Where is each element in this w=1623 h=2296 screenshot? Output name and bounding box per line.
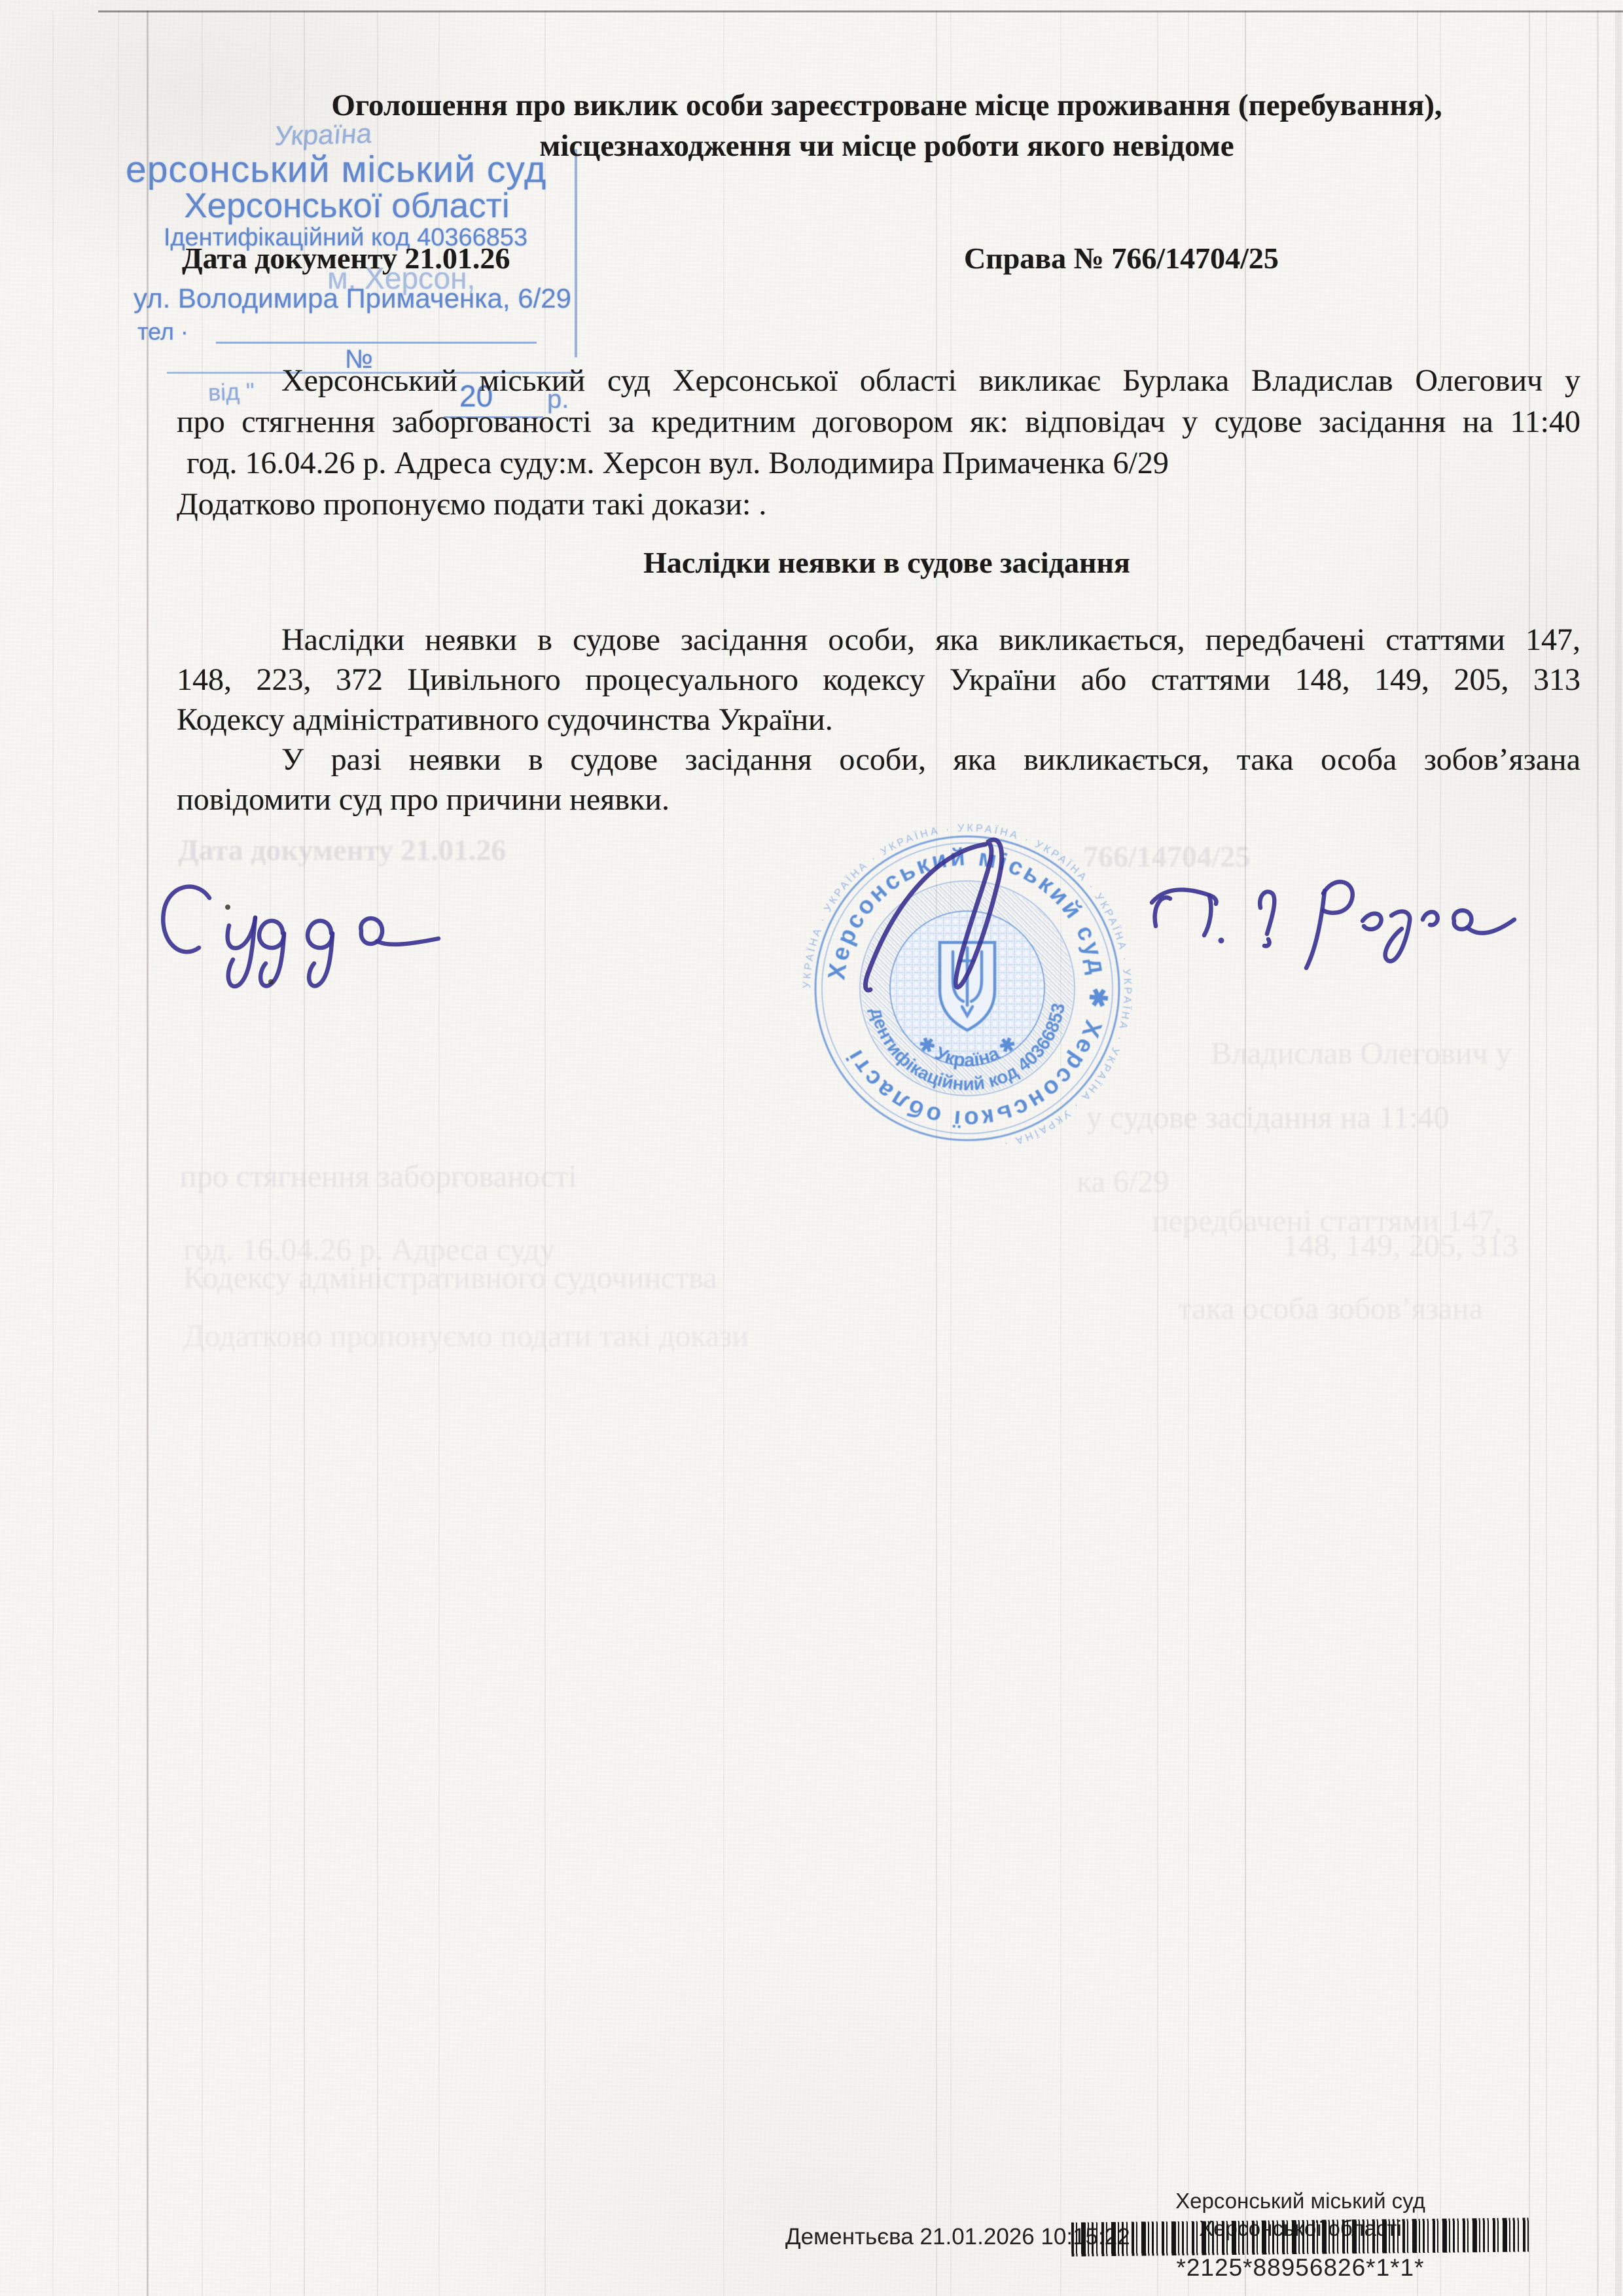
judge-signature — [1132, 848, 1525, 992]
ghost-text: Дата документу 21.01.26 — [178, 833, 506, 867]
scanned-court-document: Дата документу 21.01.26 766/14704/25 Вла… — [0, 0, 1623, 2296]
pen-stroke-over-seal — [811, 817, 1073, 1092]
body-line: Додатково пропонуємо подати такі докази:… — [177, 485, 766, 524]
scan-streak — [377, 10, 378, 2296]
ghost-text: Додатково пропонуємо подати такі докази — [183, 1318, 749, 1354]
scan-streak — [1157, 10, 1158, 2296]
corner-stamp-phone-label: тел · — [137, 318, 188, 346]
scan-streak — [544, 10, 546, 2296]
ghost-text: 148, 149, 205, 313 — [1283, 1228, 1518, 1264]
scan-streak — [1529, 10, 1530, 2296]
corner-stamp-address: ул. Володимира Примаченка, 6/29 — [134, 283, 571, 314]
scan-streak — [1188, 10, 1189, 2296]
consequences-line: У разі неявки в судове засідання особи, … — [177, 740, 1580, 780]
scan-streak — [1597, 10, 1599, 2296]
scan-streak — [1546, 10, 1547, 2296]
barcode — [1071, 2217, 1531, 2256]
barcode-text: *2125*88956826*1*1* — [1071, 2254, 1529, 2282]
corner-stamp-right-border — [575, 149, 577, 357]
ghost-text: Кодексу адміністративного судочинства — [183, 1260, 717, 1296]
scan-streak — [1245, 10, 1246, 2296]
body-line: Херсонський міський суд Херсонської обла… — [177, 361, 1580, 401]
case-number: Справа № 766/14704/25 — [964, 241, 1279, 276]
document-date: Дата документу 21.01.26 — [182, 241, 510, 276]
scan-edge-band — [1615, 10, 1622, 2296]
scan-top-edge-line — [98, 10, 1623, 12]
consequences-line: 148, 223, 372 Цивільного процесуального … — [177, 660, 1580, 700]
scan-streak — [202, 10, 203, 2296]
corner-stamp-phone-line — [216, 342, 537, 344]
scan-streak — [1440, 10, 1441, 2296]
body-line: год. 16.04.26 р. Адреса суду:м. Херсон в… — [187, 444, 1169, 483]
corner-stamp-court-line2: Херсонської області — [157, 186, 537, 226]
footer-court-line1: Херсонський міський суд — [1071, 2189, 1529, 2214]
consequences-line: повідомити суд про причини неявки. — [177, 780, 669, 819]
scan-streak — [438, 10, 440, 2296]
ghost-text: ка 6/29 — [1077, 1164, 1169, 1200]
scan-streak — [147, 10, 149, 2296]
document-title-line2: місцезнаходження чи місце роботи якого н… — [151, 128, 1623, 164]
document-title-line1: Оголошення про виклик особи зареєстрован… — [151, 88, 1623, 123]
body-line: про стягнення заборгованості за кредитни… — [177, 403, 1580, 442]
consequences-line: Кодексу адміністративного судочинства Ук… — [177, 700, 833, 740]
scan-streak — [304, 10, 305, 2296]
ghost-text: про стягнення заборгованості — [180, 1158, 577, 1194]
scan-streak — [723, 10, 724, 2296]
consequences-line: Наслідки неявки в судове засідання особи… — [177, 620, 1580, 660]
section-heading: Наслідки неявки в судове засідання — [151, 545, 1623, 580]
scan-streak — [52, 10, 54, 2296]
scan-streak — [1417, 10, 1418, 2296]
ghost-text: Владислав Олегович у — [1211, 1035, 1512, 1071]
ghost-text: така особа зобов’язана — [1178, 1291, 1483, 1327]
scan-streak — [270, 10, 271, 2296]
judge-word-handwriting — [131, 870, 445, 1008]
scan-streak — [118, 10, 119, 2296]
